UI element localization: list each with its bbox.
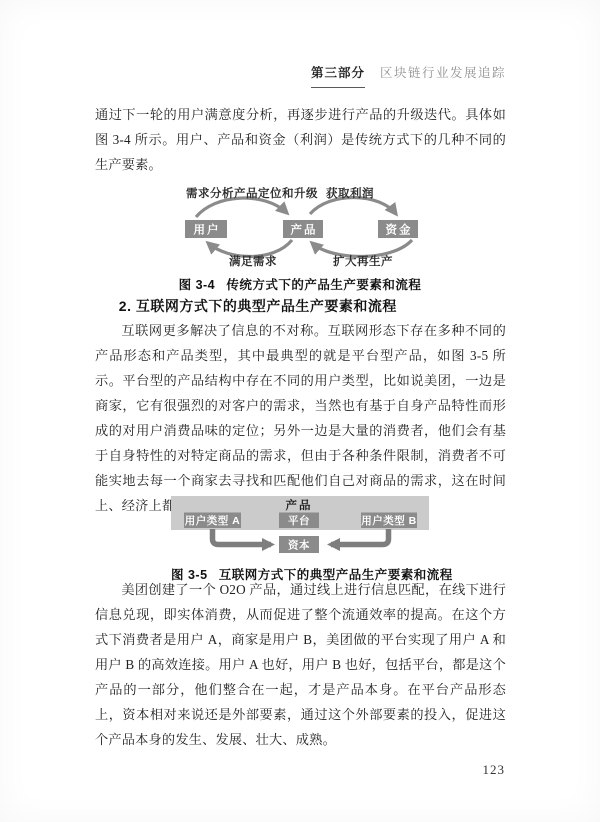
paragraph-intro: 通过下一轮的用户满意度分析，再逐步进行产品的升级迭代。具体如图 3-4 所示。用… bbox=[95, 102, 506, 177]
figure-3-4-diagram: 需求分析产品定位和升级 获取利润 满足需求 扩大再生产 用户 产品 资金 bbox=[160, 184, 440, 272]
page-header: 第三部分 区块链行业发展追踪 bbox=[311, 66, 506, 88]
header-part-label: 第三部分 bbox=[311, 66, 365, 88]
product-box-label: 产品 bbox=[291, 223, 318, 237]
figure-3-4: 需求分析产品定位和升级 获取利润 满足需求 扩大再生产 用户 产品 资金 图 3… bbox=[160, 184, 440, 293]
arrow-product-to-user bbox=[208, 240, 292, 257]
book-page: 第三部分 区块链行业发展追踪 通过下一轮的用户满意度分析，再逐步进行产品的升级迭… bbox=[0, 0, 600, 822]
page-number: 123 bbox=[483, 762, 506, 778]
flow-label-expand-production: 扩大再生产 bbox=[333, 254, 393, 268]
arrow-capital-to-product bbox=[312, 240, 412, 257]
arrow-userb-to-capital bbox=[331, 529, 389, 545]
capital-box-label: 资金 bbox=[386, 223, 413, 237]
capital-label-35: 资本 bbox=[288, 539, 310, 552]
flow-label-get-profit: 获取利润 bbox=[326, 186, 374, 200]
figure-3-4-caption-label: 图 3-4 bbox=[179, 278, 216, 292]
paragraph-meituan: 美团创建了一个 O2O 产品，通过线上进行信息匹配，在线下进行信息兑现，即实体消… bbox=[95, 577, 506, 752]
header-part-title: 区块链行业发展追踪 bbox=[380, 66, 506, 81]
section-heading-2: 2. 互联网方式下的典型产品生产要素和流程 bbox=[95, 296, 506, 316]
user-type-b-label: 用户类型 B bbox=[361, 514, 417, 527]
user-type-a-label: 用户类型 A bbox=[185, 514, 241, 527]
figure-3-4-caption-text: 传统方式下的产品生产要素和流程 bbox=[226, 278, 421, 292]
paragraph-internet: 互联网更多解决了信息的不对称。互联网形态下存在多种不同的产品形态和产品类型，其中… bbox=[95, 318, 506, 518]
user-box-label: 用户 bbox=[194, 223, 221, 237]
figure-3-4-caption: 图 3-4传统方式下的产品生产要素和流程 bbox=[160, 275, 440, 293]
platform-label: 平台 bbox=[288, 514, 310, 527]
arrow-user-to-product bbox=[196, 198, 287, 217]
flow-label-satisfy-demand: 满足需求 bbox=[229, 254, 277, 268]
product-panel-label: 产品 bbox=[286, 498, 313, 512]
arrow-usera-to-capital bbox=[213, 529, 272, 545]
figure-3-5-diagram: 产品 用户类型 A 平台 用户类型 B 资本 bbox=[171, 496, 429, 558]
figure-3-5: 产品 用户类型 A 平台 用户类型 B 资本 图 3-5互联网方式下的典型产品生… bbox=[171, 496, 429, 583]
flow-label-demand-analysis: 需求分析产品定位和升级 bbox=[186, 186, 318, 200]
